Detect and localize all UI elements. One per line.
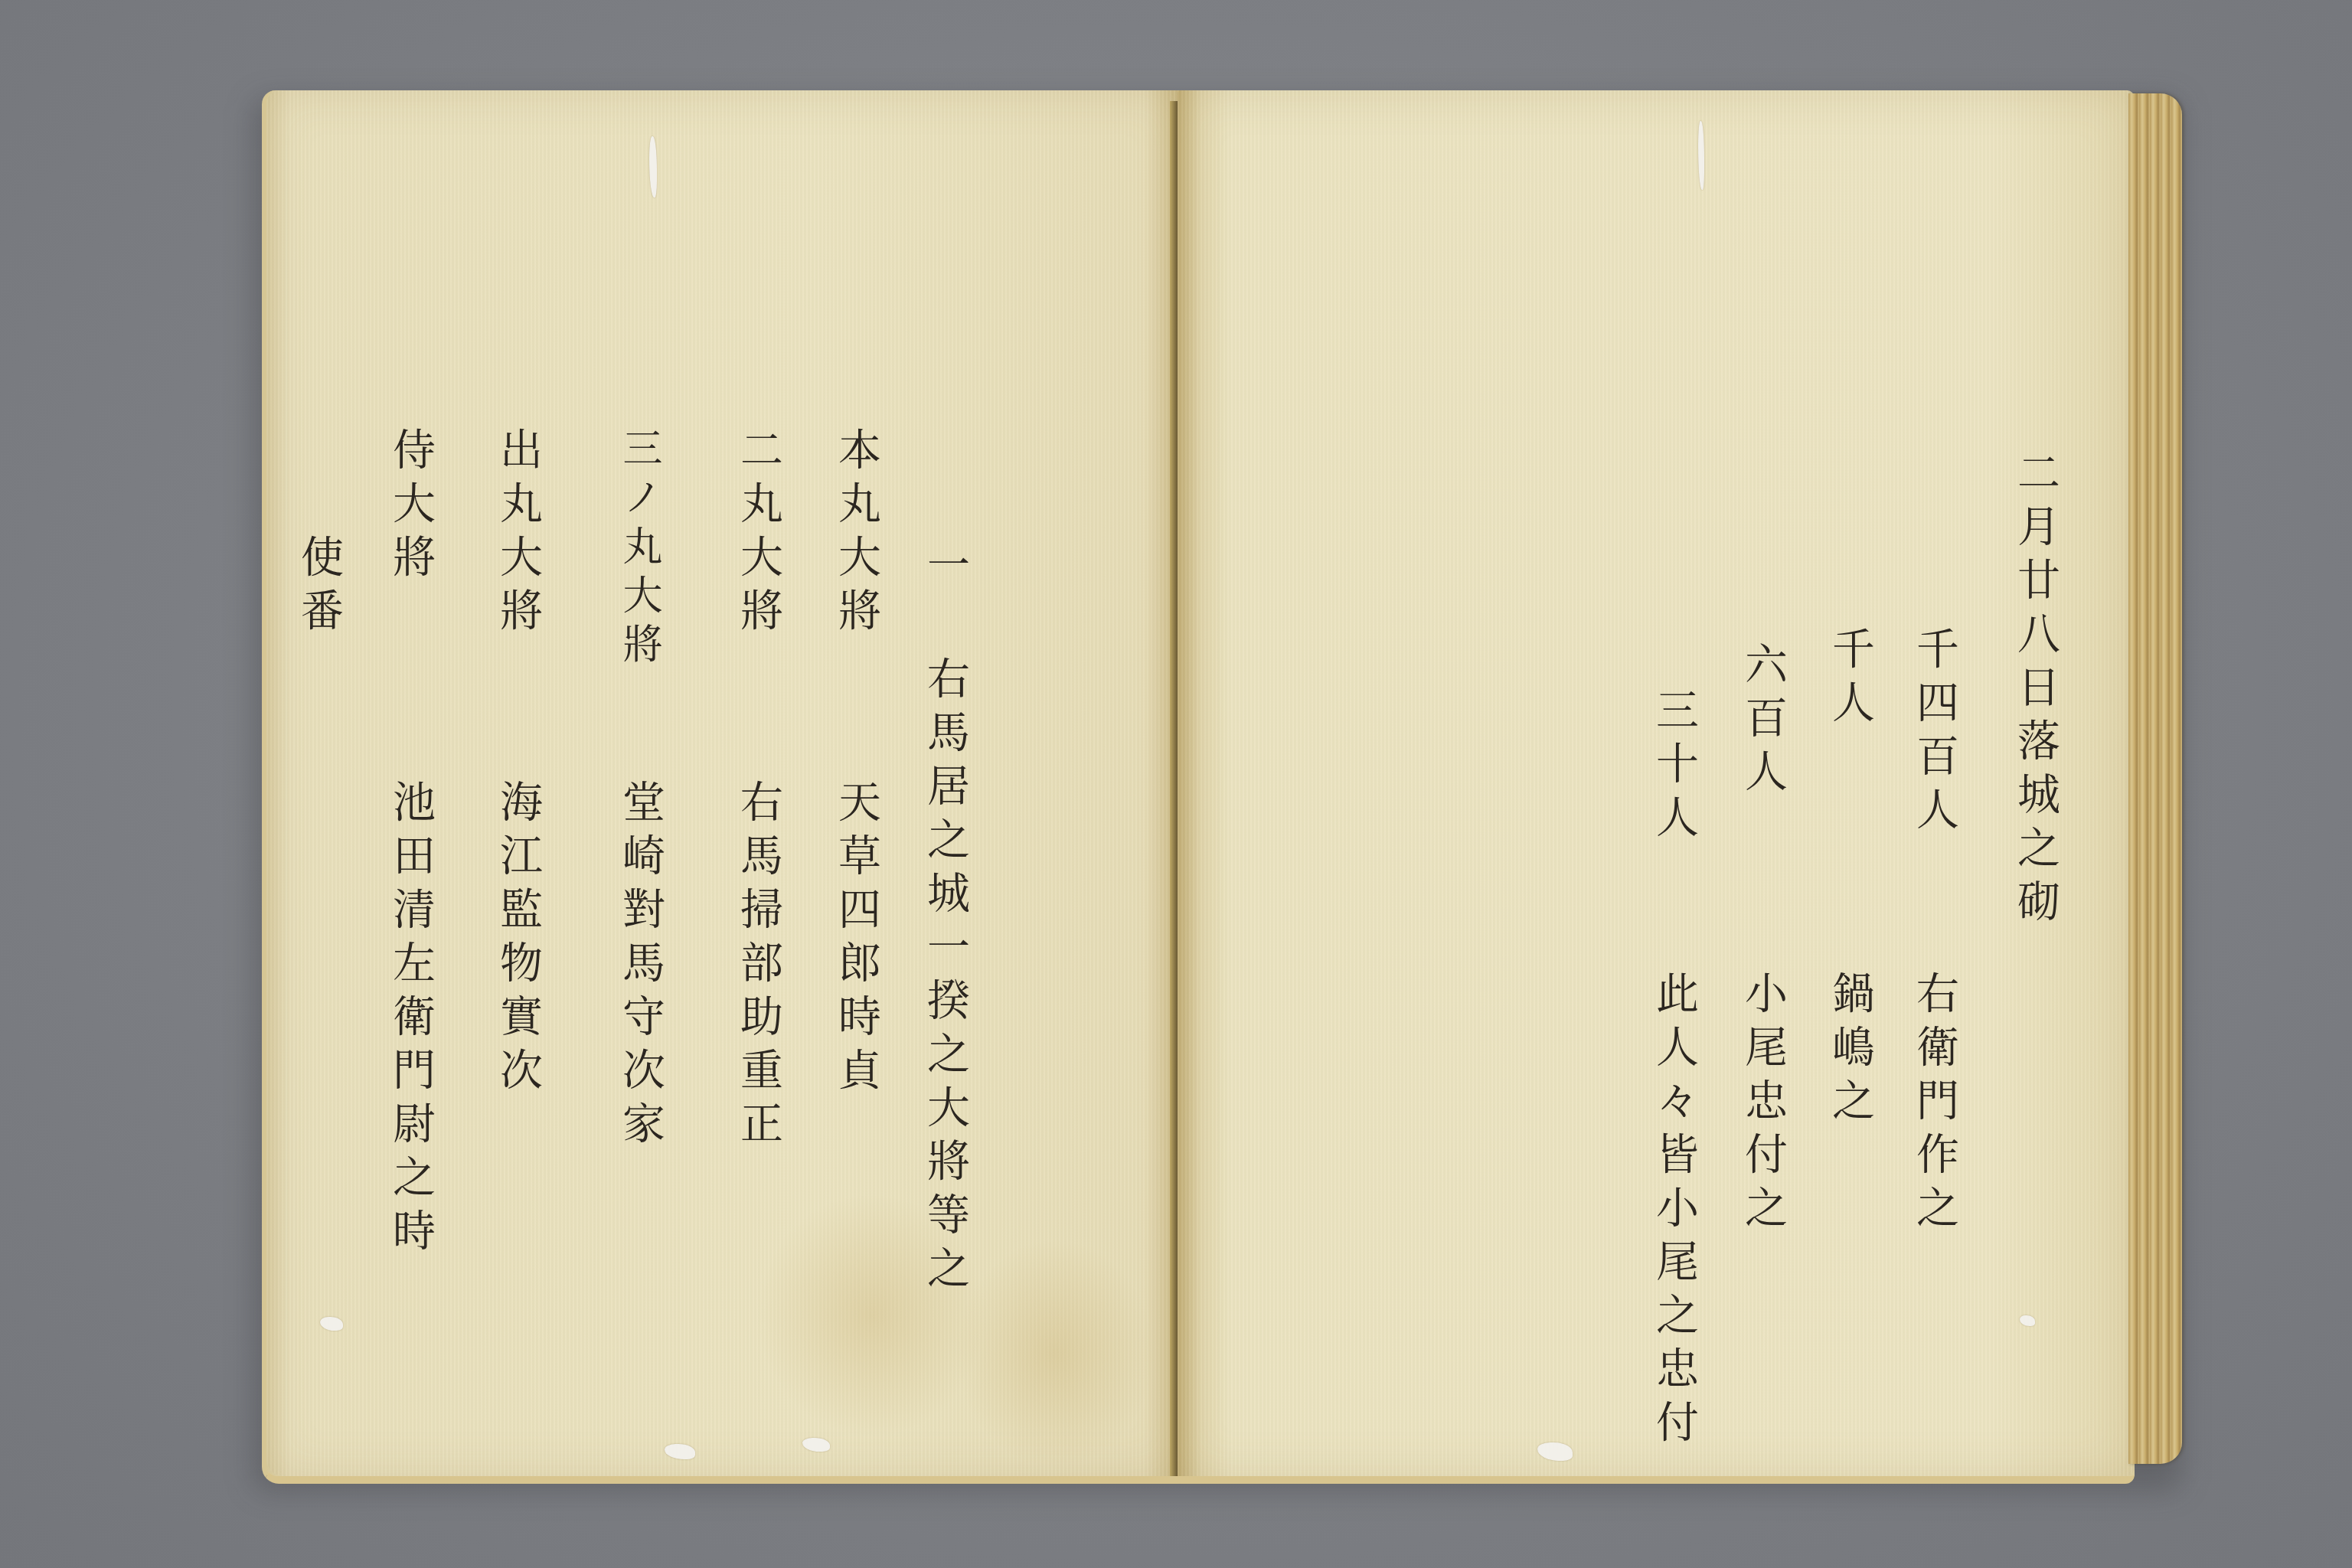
paper-crease xyxy=(649,136,657,198)
count-column-2: 千人 xyxy=(1828,626,1871,733)
ninomaru-title: 二丸大將 xyxy=(737,427,779,642)
demaru-name: 海江監物實次 xyxy=(496,779,539,1101)
paper-tear xyxy=(2020,1315,2035,1326)
unit-column-2: 鍋嶋之 xyxy=(1828,971,1871,1132)
paper-tear xyxy=(665,1444,695,1459)
left-heading-column: 一 右馬居之城一揆之大將等之 xyxy=(923,542,966,1299)
honmaru-title: 本丸大將 xyxy=(835,427,877,642)
sannomaru-name: 堂崎對馬守次家 xyxy=(619,779,661,1155)
open-book: 一 右馬居之城一揆之大將等之 本丸大將 天草四郎時貞 二丸大將 右馬掃部助重正 … xyxy=(0,0,2352,1568)
paper-tear xyxy=(802,1438,830,1452)
unit-column-3: 小尾忠付之 xyxy=(1741,971,1784,1239)
paper-tear xyxy=(1537,1442,1573,1461)
shisha-title: 使番 xyxy=(297,534,340,642)
paper-tear xyxy=(320,1317,343,1331)
right-heading: 二月廿八日落城之砌 xyxy=(2014,450,2056,933)
right-page: 二月廿八日落城之砌 千四百人 右衛門作之 千人 鍋嶋之 六百人 小尾忠付之 三十… xyxy=(1178,90,2135,1484)
water-stain xyxy=(955,1239,1155,1468)
count-column-3: 六百人 xyxy=(1741,642,1784,802)
honmaru-name: 天草四郎時貞 xyxy=(835,779,877,1101)
left-page: 一 右馬居之城一揆之大將等之 本丸大將 天草四郎時貞 二丸大將 右馬掃部助重正 … xyxy=(262,90,1182,1484)
paper-crease xyxy=(1698,121,1704,190)
sannomaru-title: 三ノ丸大將 xyxy=(619,427,658,672)
demaru-title: 出丸大將 xyxy=(496,427,539,642)
page-stack-edge xyxy=(2128,93,2182,1464)
unit-column-4: 此人々皆小尾之忠付 xyxy=(1652,971,1695,1453)
count-column-4: 三十人 xyxy=(1652,688,1695,848)
samurai-taisho-title: 侍大將 xyxy=(389,427,432,588)
count-column-1: 千四百人 xyxy=(1913,626,1955,841)
ninomaru-name: 右馬掃部助重正 xyxy=(737,779,779,1155)
samurai-taisho-name: 池田清左衛門尉之時 xyxy=(389,779,432,1262)
unit-column-1: 右衛門作之 xyxy=(1913,971,1955,1239)
